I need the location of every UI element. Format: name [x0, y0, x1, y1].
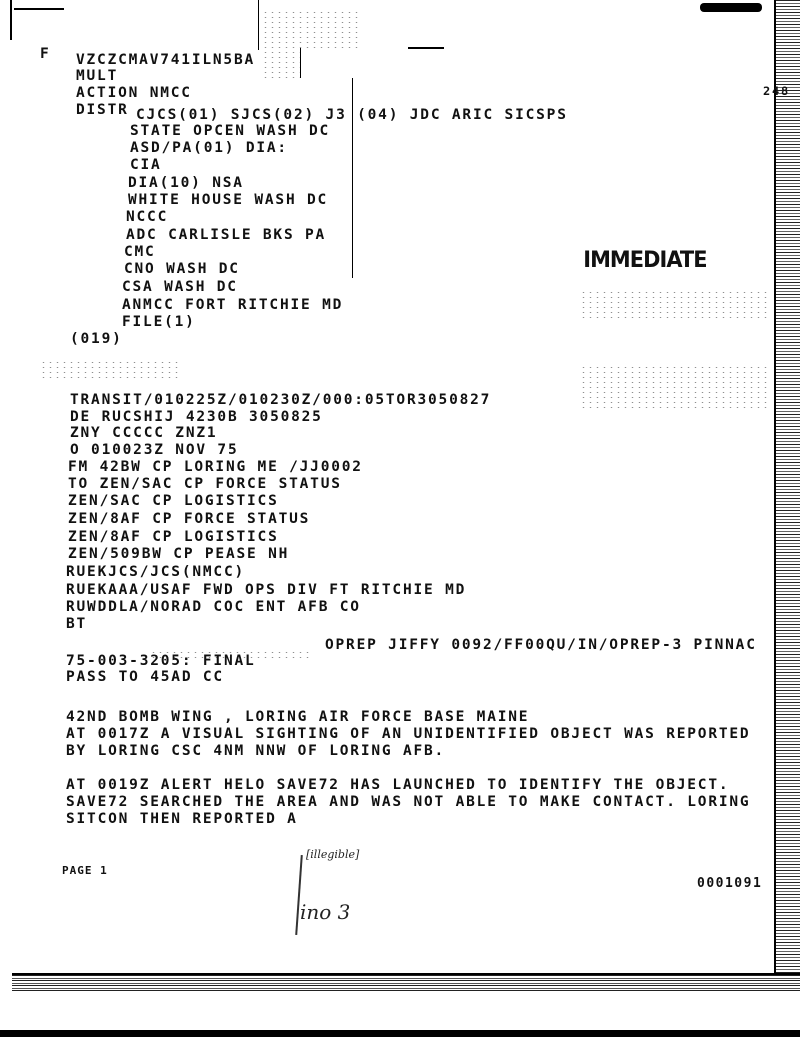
page-marker: 248 [763, 84, 790, 98]
scan-noise [262, 10, 362, 48]
znt-line: ZNY CCCCC ZNZ1 [70, 426, 217, 440]
paragraph-1-line: BY LORING CSC 4NM NNW OF LORING AFB. [66, 744, 445, 758]
distr-line: ASD/PA(01) DIA: [130, 141, 288, 155]
scan-noise [580, 290, 770, 320]
to-line: TO ZEN/SAC CP FORCE STATUS [68, 477, 342, 491]
distr-line: DIA(10) NSA [128, 176, 244, 190]
fold-line [258, 0, 259, 50]
distr-count: (019) [70, 332, 123, 346]
scan-mark-top [14, 8, 64, 10]
paragraph-2-line: SAVE72 SEARCHED THE AREA AND WAS NOT ABL… [66, 795, 750, 809]
to-line: RUEKJCS/JCS(NMCC) [66, 565, 245, 579]
distr-line: NCCC [126, 210, 168, 224]
bt-line: BT [66, 617, 87, 631]
corner-mark: F [40, 47, 51, 61]
distr-line: ADC CARLISLE BKS PA [126, 228, 326, 242]
distr-line: CMC [124, 245, 156, 259]
paragraph-1-line: AT 0017Z A VISUAL SIGHTING OF AN UNIDENT… [66, 727, 750, 741]
distr-line: ANMCC FORT RITCHIE MD [122, 298, 343, 312]
action-line: ACTION NMCC [76, 86, 192, 100]
transit-line: TRANSIT/010225Z/010230Z/000:05TOR3050827 [70, 393, 491, 407]
to-line: ZEN/8AF CP LOGISTICS [68, 530, 279, 544]
distr-line: WHITE HOUSE WASH DC [128, 193, 328, 207]
scan-noise [40, 360, 180, 380]
scan-border-bottom [12, 973, 800, 993]
fold-line [300, 48, 301, 78]
distr-line: CIA [130, 158, 162, 172]
de-line: DE RUCSHIJ 4230B 3050825 [70, 410, 323, 424]
handwritten-note: ino 3 [300, 900, 350, 924]
paragraph-2-line: SITCON THEN REPORTED A [66, 812, 298, 826]
from-line: FM 42BW CP LORING ME /JJ0002 [68, 460, 363, 474]
distr-line: CSA WASH DC [122, 280, 238, 294]
distr-label: DISTR [76, 103, 129, 117]
to-line: RUWDDLA/NORAD COC ENT AFB CO [66, 600, 361, 614]
teletype-document-page: F VZCZCMAV741ILN5BA MULT ACTION NMCC 248… [0, 0, 800, 1037]
page-label: PAGE 1 [62, 864, 108, 877]
scan-border-right [774, 0, 800, 975]
dtg-line: O 010023Z NOV 75 [70, 443, 238, 457]
routing-id: VZCZCMAV741ILN5BA [76, 53, 255, 67]
distr-line: FILE(1) [122, 315, 196, 329]
scan-mark [408, 47, 444, 49]
paragraph-2-line: AT 0019Z ALERT HELO SAVE72 HAS LAUNCHED … [66, 778, 729, 792]
subject-line: 75-003-3205: FINAL [66, 654, 256, 668]
distr-line: STATE OPCEN WASH DC [130, 124, 330, 138]
mult-line: MULT [76, 69, 118, 83]
scan-noise [580, 365, 770, 410]
document-number: 0001091 [697, 876, 762, 891]
redaction-mark [700, 3, 762, 12]
precedence-stamp: IMMEDIATE [583, 248, 706, 273]
paragraph-1-line: 42ND BOMB WING , LORING AIR FORCE BASE M… [66, 710, 529, 724]
to-line: ZEN/SAC CP LOGISTICS [68, 494, 279, 508]
to-line: ZEN/8AF CP FORCE STATUS [68, 512, 310, 526]
distr-line: CNO WASH DC [124, 262, 240, 276]
scan-bottom-bar [0, 1030, 800, 1037]
distr-first-line: CJCS(01) SJCS(02) J3 (04) JDC ARIC SICSP… [136, 108, 568, 122]
to-line: ZEN/509BW CP PEASE NH [68, 547, 289, 561]
pass-line: PASS TO 45AD CC [66, 670, 224, 684]
scan-edge-left [10, 0, 12, 40]
handwritten-note: [illegible] [306, 848, 359, 861]
to-line: RUEKAAA/USAF FWD OPS DIV FT RITCHIE MD [66, 583, 466, 597]
reference-line: OPREP JIFFY 0092/FF00QU/IN/OPREP-3 PINNA… [325, 638, 757, 652]
scan-noise [262, 50, 300, 78]
